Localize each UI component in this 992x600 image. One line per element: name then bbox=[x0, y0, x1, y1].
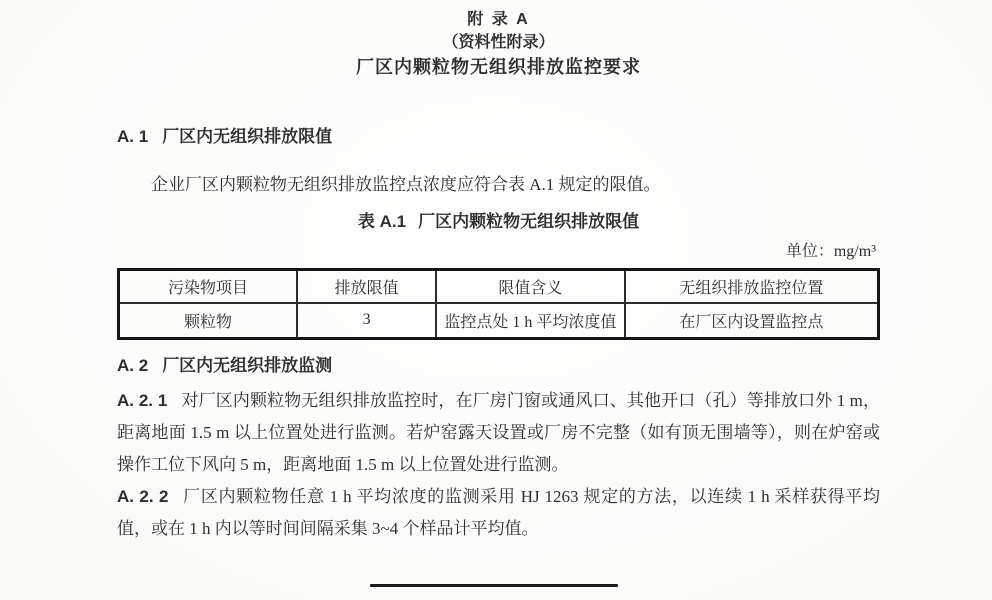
table-row: 颗粒物 3 监控点处 1 h 平均浓度值 在厂区内设置监控点 bbox=[119, 303, 879, 339]
appendix-title: 附 录 A bbox=[117, 8, 880, 31]
appendix-title-block: 附 录 A （资料性附录） 厂区内颗粒物无组织排放监控要求 bbox=[117, 8, 880, 80]
section-a1-title: 厂区内无组织排放限值 bbox=[162, 127, 332, 146]
clause-a2-1-text: 对厂区内颗粒物无组织排放监控时，在厂房门窗或通风口、其他开口（孔）等排放口外 1… bbox=[117, 391, 880, 474]
clause-a2-1: A. 2. 1对厂区内颗粒物无组织排放监控时，在厂房门窗或通风口、其他开口（孔）… bbox=[117, 385, 880, 481]
clause-a2-1-number: A. 2. 1 bbox=[117, 391, 167, 410]
cell-pollutant: 颗粒物 bbox=[119, 303, 298, 339]
section-a1-paragraph: 企业厂区内颗粒物无组织排放监控点浓度应符合表 A.1 规定的限值。 bbox=[117, 173, 880, 197]
cell-monitoring-location: 在厂区内设置监控点 bbox=[625, 303, 879, 339]
table-header-meaning: 限值含义 bbox=[436, 270, 624, 303]
table-header-row: 污染物项目 排放限值 限值含义 无组织排放监控位置 bbox=[119, 270, 879, 303]
clause-a2-2: A. 2. 2厂区内颗粒物任意 1 h 平均浓度的监测采用 HJ 1263 规定… bbox=[117, 481, 880, 545]
document-page: 附 录 A （资料性附录） 厂区内颗粒物无组织排放监控要求 A. 1厂区内无组织… bbox=[0, 0, 992, 600]
table-a1: 污染物项目 排放限值 限值含义 无组织排放监控位置 颗粒物 3 监控点处 1 h… bbox=[117, 268, 880, 340]
table-header-location: 无组织排放监控位置 bbox=[625, 270, 879, 303]
cell-limit-value: 3 bbox=[297, 303, 436, 339]
table-header-pollutant: 污染物项目 bbox=[119, 270, 298, 303]
table-a1-unit-label: 单位：mg/m³ bbox=[117, 240, 880, 264]
appendix-heading: 厂区内颗粒物无组织排放监控要求 bbox=[117, 54, 880, 80]
table-a1-caption-title: 厂区内颗粒物无组织排放限值 bbox=[418, 212, 639, 231]
page-bottom-rule bbox=[370, 584, 618, 587]
table-header-limit: 排放限值 bbox=[297, 270, 436, 303]
section-a2-number: A. 2 bbox=[117, 356, 148, 375]
section-a2-heading: A. 2厂区内无组织排放监测 bbox=[117, 354, 880, 378]
cell-limit-meaning: 监控点处 1 h 平均浓度值 bbox=[436, 303, 624, 339]
section-a1-heading: A. 1厂区内无组织排放限值 bbox=[117, 125, 880, 149]
clause-a2-2-number: A. 2. 2 bbox=[117, 487, 168, 506]
section-a2-title: 厂区内无组织排放监测 bbox=[162, 356, 332, 375]
table-a1-caption-number: 表 A.1 bbox=[358, 212, 406, 231]
appendix-subtitle: （资料性附录） bbox=[117, 31, 880, 54]
table-a1-caption: 表 A.1厂区内颗粒物无组织排放限值 bbox=[117, 210, 880, 234]
clause-a2-2-text: 厂区内颗粒物任意 1 h 平均浓度的监测采用 HJ 1263 规定的方法，以连续… bbox=[117, 487, 880, 538]
section-a1-number: A. 1 bbox=[117, 127, 148, 146]
